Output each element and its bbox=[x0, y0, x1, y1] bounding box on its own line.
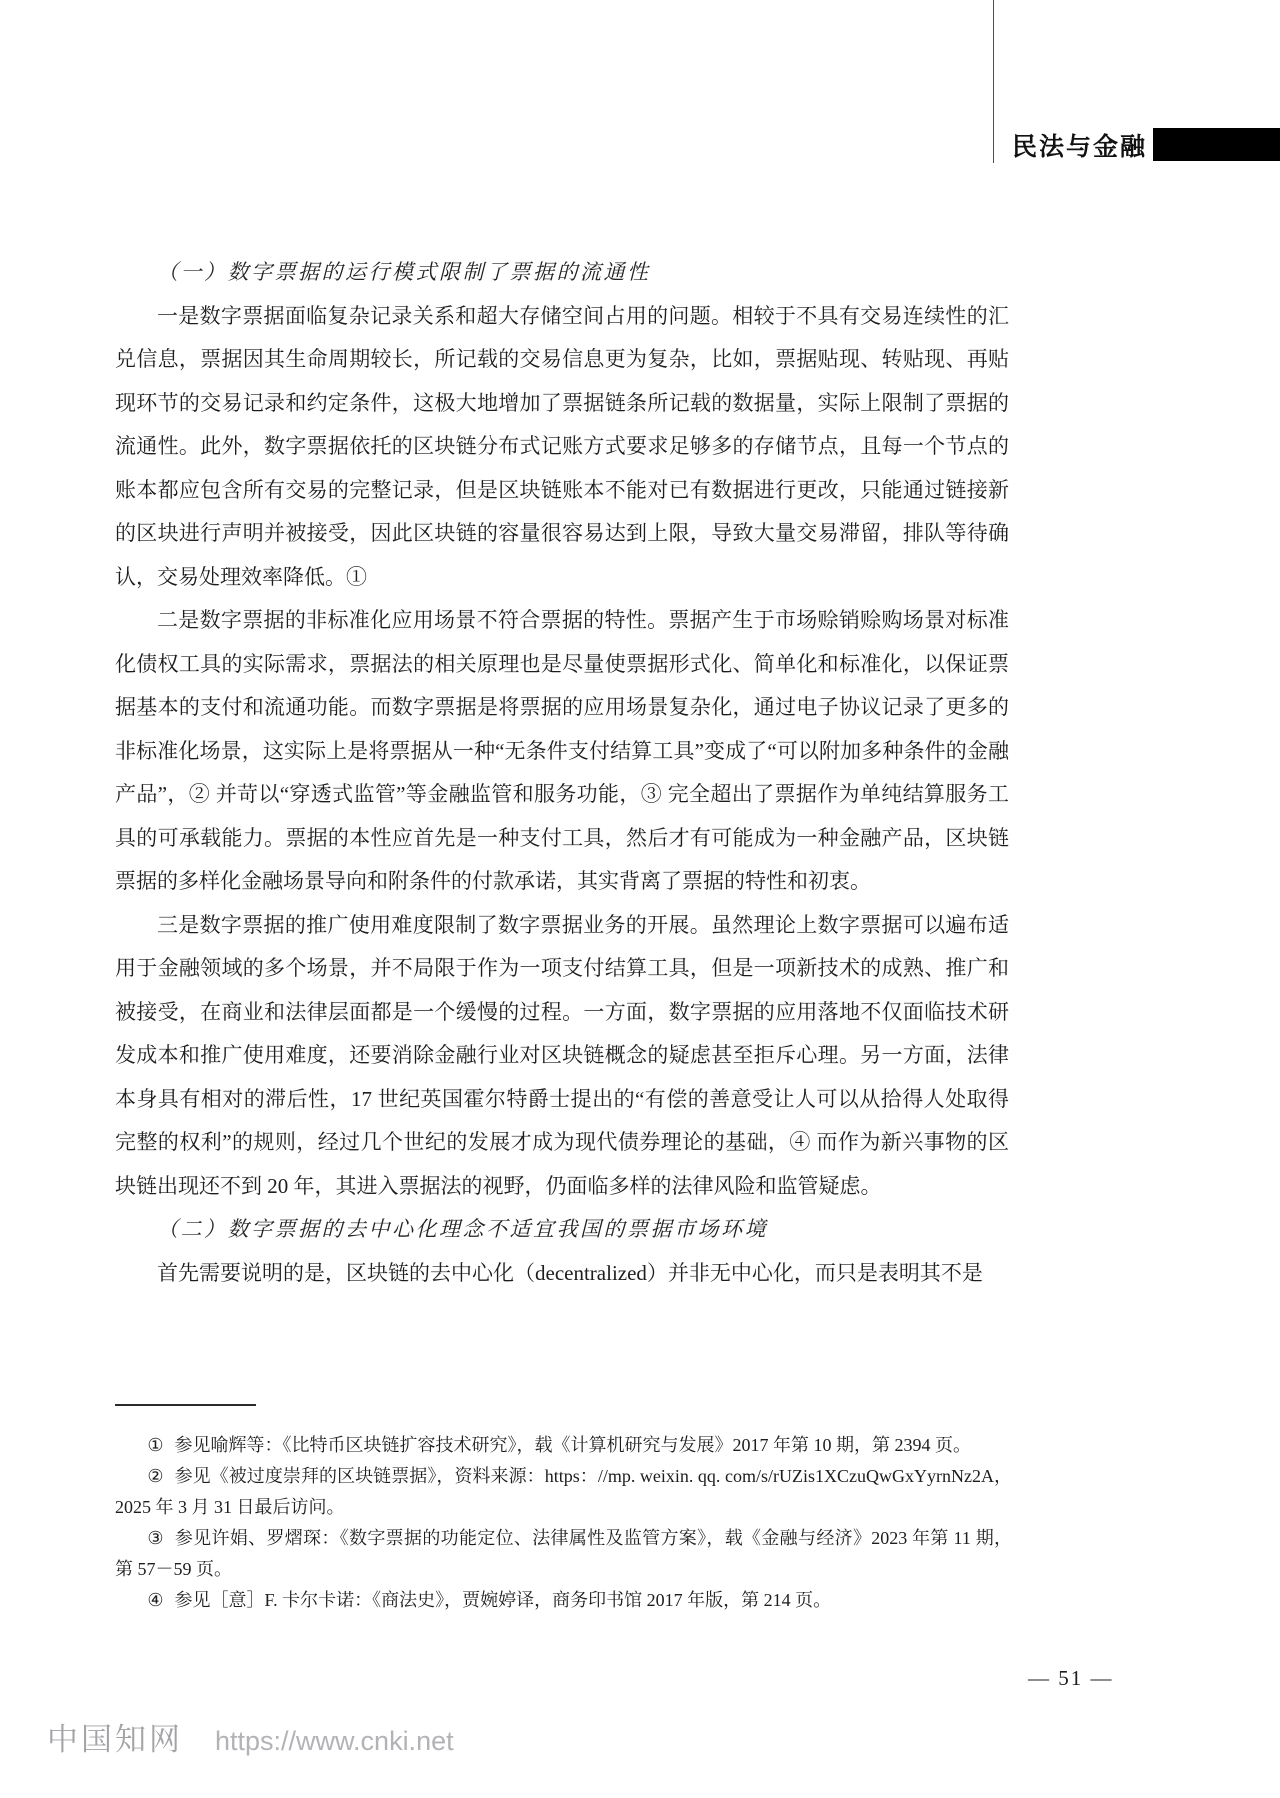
header-vertical-rule bbox=[993, 0, 994, 163]
watermark-url: https://www.cnki.net bbox=[215, 1726, 454, 1757]
body-paragraph: 首先需要说明的是，区块链的去中心化（decentralized）并非无中心化，而… bbox=[115, 1252, 1009, 1296]
footnote-marker: ③ bbox=[147, 1528, 163, 1548]
footnote-item: ③参见许娟、罗熠琛：《数字票据的功能定位、法律属性及监管方案》，载《金融与经济》… bbox=[115, 1523, 1012, 1585]
footnote-text: 参见喻辉等：《比特币区块链扩容技术研究》，载《计算机研究与发展》2017 年第 … bbox=[175, 1435, 972, 1455]
page-number: — 51 — bbox=[1028, 1666, 1114, 1691]
footnote-item: ④参见［意］F. 卡尔卡诺：《商法史》，贾婉婷译，商务印书馆 2017 年版，第… bbox=[115, 1585, 1012, 1616]
footnote-item: ②参见《被过度崇拜的区块链票据》，资料来源：https：//mp. weixin… bbox=[115, 1461, 1012, 1523]
cnki-watermark: 中国知网 https://www.cnki.net bbox=[47, 1714, 454, 1759]
footnote-separator-rule bbox=[115, 1404, 256, 1406]
footnote-text: 参见［意］F. 卡尔卡诺：《商法史》，贾婉婷译，商务印书馆 2017 年版，第 … bbox=[175, 1590, 832, 1610]
watermark-brand: 中国知网 bbox=[47, 1714, 183, 1759]
subsection-heading-one: （一）数字票据的运行模式限制了票据的流通性 bbox=[115, 251, 1009, 295]
journal-page: 民法与金融 （一）数字票据的运行模式限制了票据的流通性 一是数字票据面临复杂记录… bbox=[0, 0, 1280, 1798]
header-black-bar bbox=[1153, 128, 1280, 161]
footnote-marker: ④ bbox=[147, 1590, 163, 1610]
footnote-text: 参见许娟、罗熠琛：《数字票据的功能定位、法律属性及监管方案》，载《金融与经济》2… bbox=[115, 1528, 1012, 1579]
section-label: 民法与金融 bbox=[1012, 127, 1147, 163]
footnotes-block: ①参见喻辉等：《比特币区块链扩容技术研究》，载《计算机研究与发展》2017 年第… bbox=[115, 1430, 1012, 1616]
footnote-marker: ① bbox=[147, 1435, 163, 1455]
footnote-item: ①参见喻辉等：《比特币区块链扩容技术研究》，载《计算机研究与发展》2017 年第… bbox=[115, 1430, 1012, 1461]
body-paragraph: 三是数字票据的推广使用难度限制了数字票据业务的开展。虽然理论上数字票据可以遍布适… bbox=[115, 904, 1009, 1209]
body-paragraph: 二是数字票据的非标准化应用场景不符合票据的特性。票据产生于市场赊销赊购场景对标准… bbox=[115, 599, 1009, 904]
footnote-text: 参见《被过度崇拜的区块链票据》，资料来源：https：//mp. weixin.… bbox=[115, 1466, 1012, 1517]
subsection-heading-two: （二）数字票据的去中心化理念不适宜我国的票据市场环境 bbox=[115, 1208, 1009, 1252]
footnote-marker: ② bbox=[147, 1466, 163, 1486]
article-body: （一）数字票据的运行模式限制了票据的流通性 一是数字票据面临复杂记录关系和超大存… bbox=[115, 251, 1009, 1295]
body-paragraph: 一是数字票据面临复杂记录关系和超大存储空间占用的问题。相较于不具有交易连续性的汇… bbox=[115, 295, 1009, 600]
